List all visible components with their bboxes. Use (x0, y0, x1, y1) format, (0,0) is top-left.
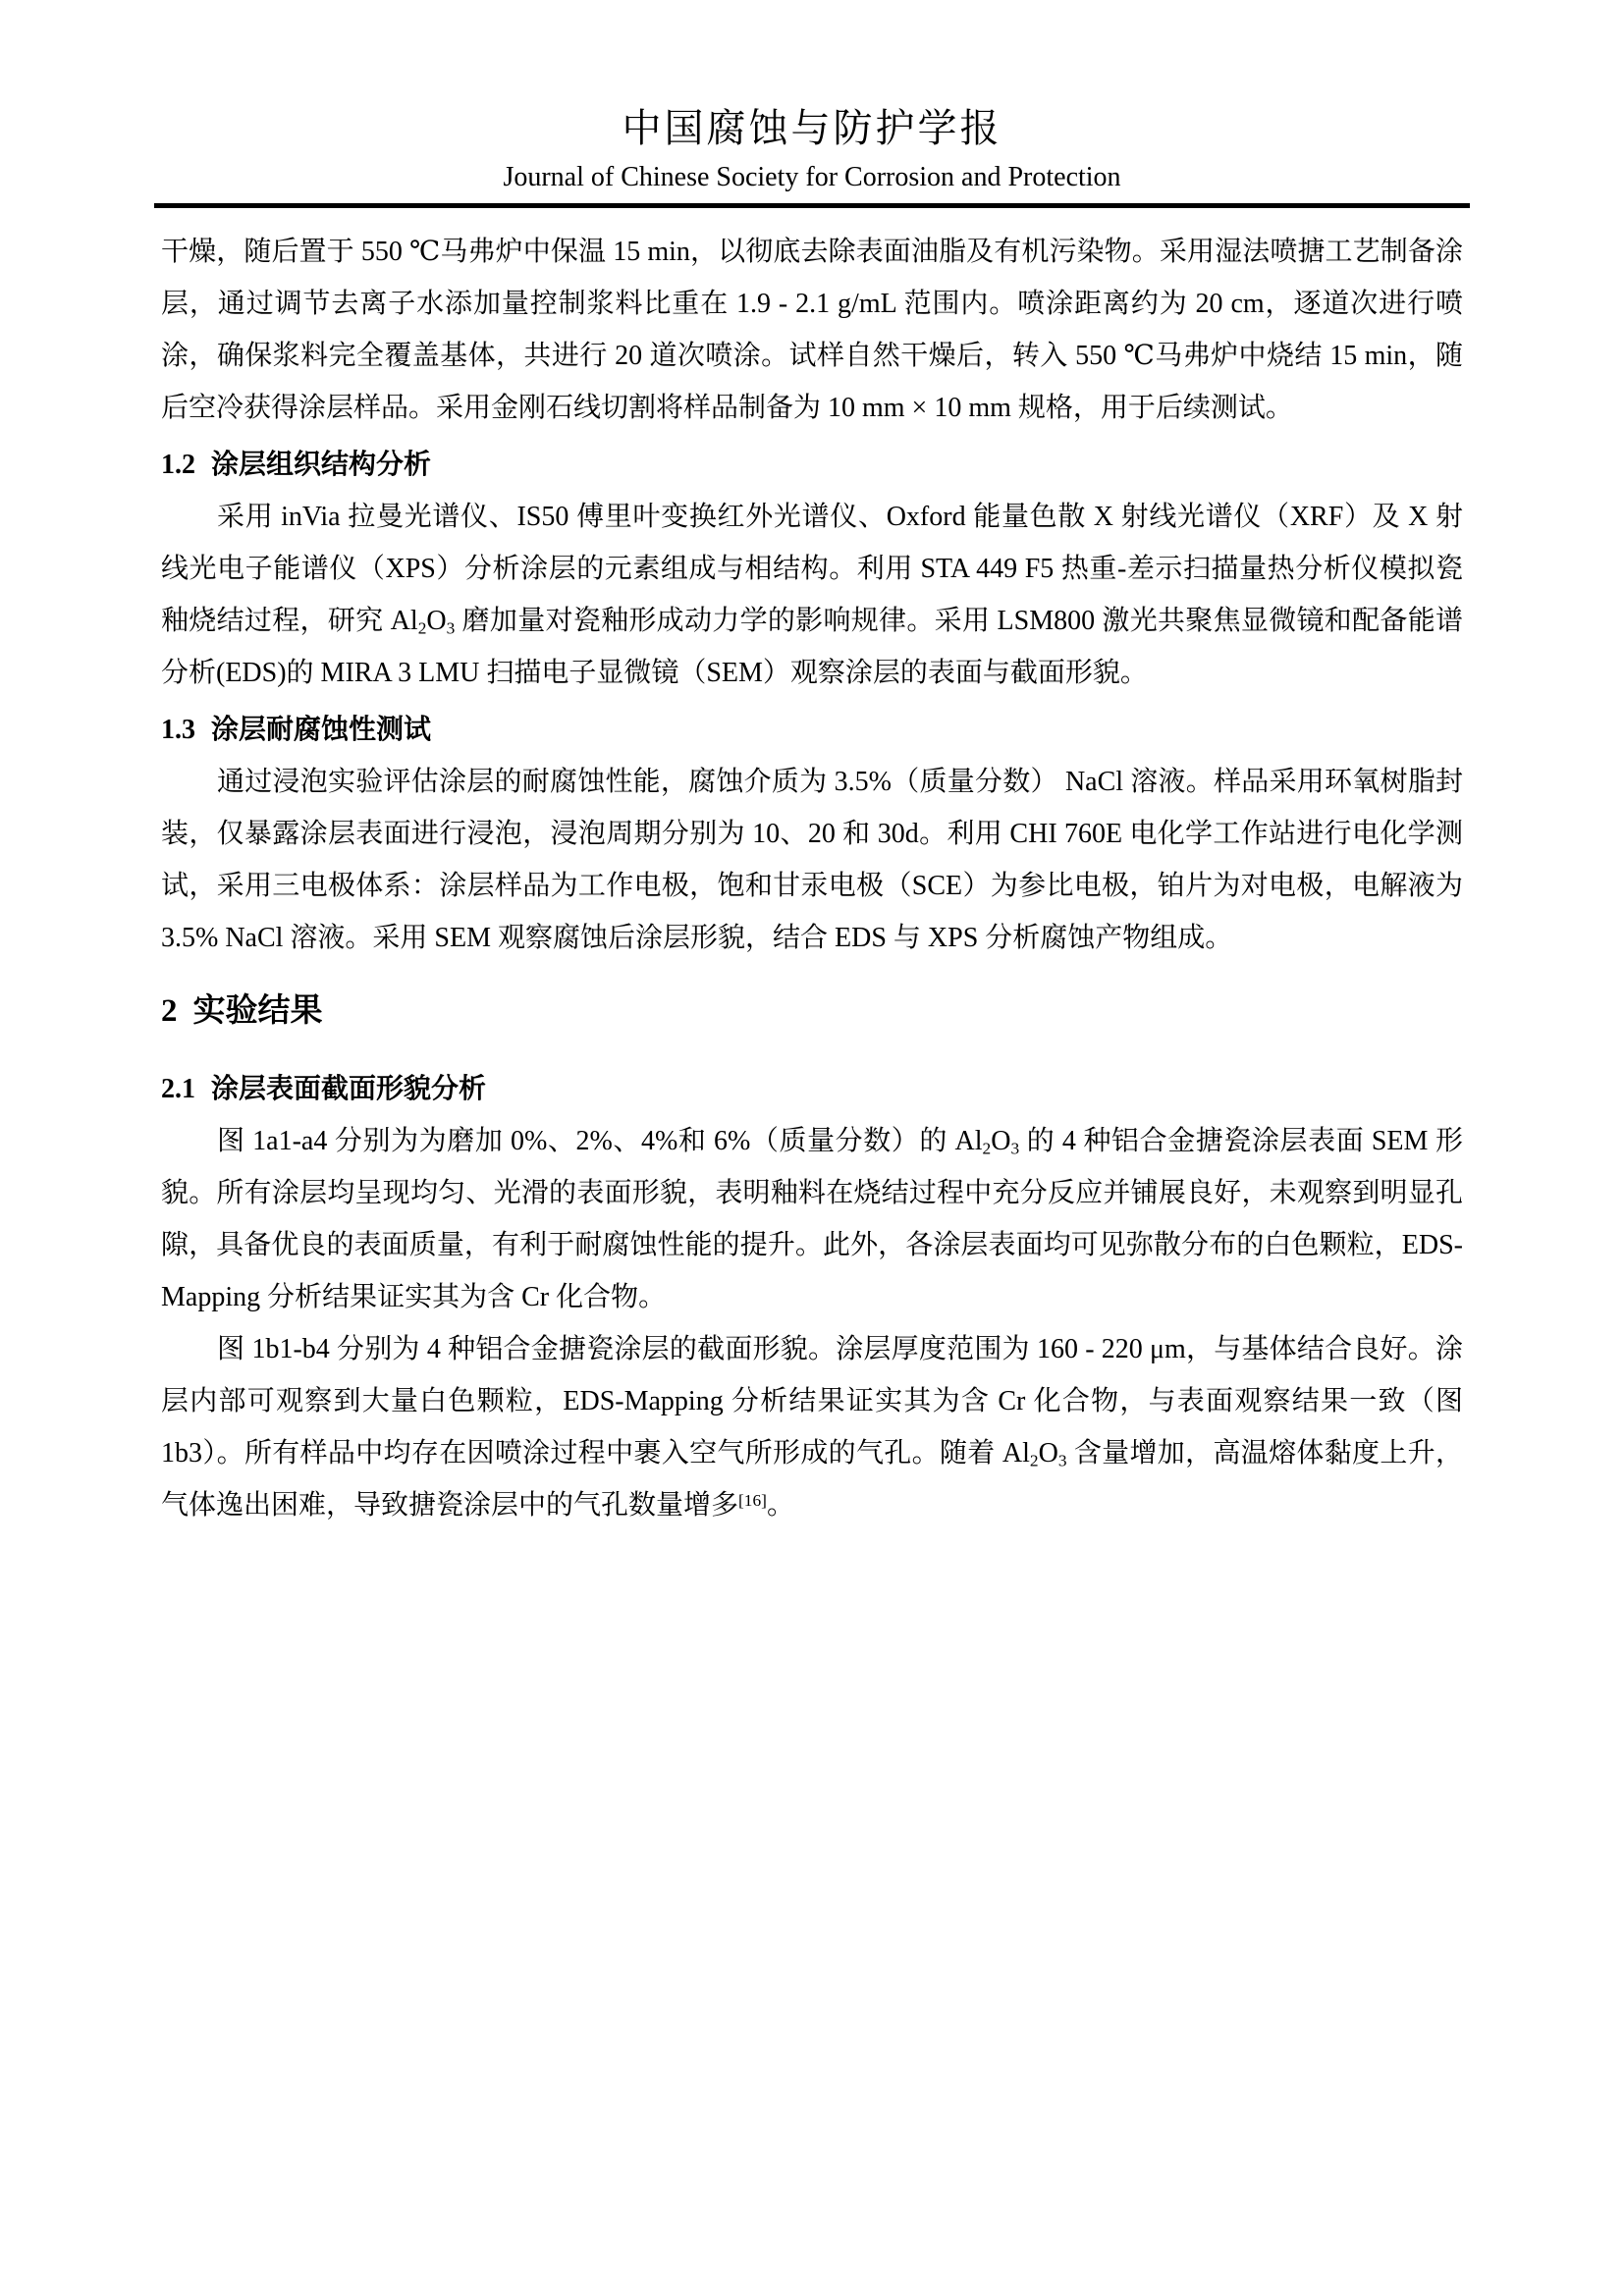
paragraph: 图 1a1-a4 分别为为磨加 0%、2%、4%和 6%（质量分数）的 Al2O… (161, 1115, 1463, 1323)
document-body: 干燥，随后置于 550 ℃马弗炉中保温 15 min，以彻底去除表面油脂及有机污… (161, 226, 1463, 1531)
paragraph: 采用 inVia 拉曼光谱仪、IS50 傅里叶变换红外光谱仪、Oxford 能量… (161, 491, 1463, 699)
heading-number: 1.3 (161, 715, 195, 745)
paragraph: 图 1b1-b4 分别为 4 种铝合金搪瓷涂层的截面形貌。涂层厚度范围为 160… (161, 1323, 1463, 1531)
section-heading: 2实验结果 (161, 986, 1463, 1038)
paragraph: 通过浸泡实验评估涂层的耐腐蚀性能，腐蚀介质为 3.5%（质量分数） NaCl 溶… (161, 756, 1463, 964)
section-heading: 1.2涂层组织结构分析 (161, 439, 1463, 491)
heading-text: 涂层组织结构分析 (211, 450, 431, 480)
journal-header: 中国腐蚀与防护学报 Journal of Chinese Society for… (0, 104, 1624, 208)
chemical-subscript: 3 (1010, 1139, 1019, 1157)
heading-number: 1.2 (161, 450, 195, 480)
heading-text: 实验结果 (193, 993, 323, 1029)
heading-number: 2 (161, 993, 178, 1029)
section-heading: 2.1涂层表面截面形貌分析 (161, 1063, 1463, 1115)
citation-superscript: [16] (738, 1491, 767, 1510)
chemical-subscript: 2 (983, 1139, 992, 1157)
text-run: 。 (767, 1490, 794, 1521)
heading-text: 涂层耐腐蚀性测试 (211, 715, 431, 745)
text-run: O (991, 1126, 1010, 1156)
chemical-subscript: 3 (447, 618, 456, 637)
text-run: O (426, 606, 446, 636)
document-page: 中国腐蚀与防护学报 Journal of Chinese Society for… (0, 0, 1624, 2296)
paragraph: 干燥，随后置于 550 ℃马弗炉中保温 15 min，以彻底去除表面油脂及有机污… (161, 226, 1463, 434)
text-run: 通过浸泡实验评估涂层的耐腐蚀性能，腐蚀介质为 3.5%（质量分数） NaCl 溶… (161, 767, 1463, 953)
text-run: 干燥，随后置于 550 ℃马弗炉中保温 15 min，以彻底去除表面油脂及有机污… (161, 237, 1463, 423)
heading-number: 2.1 (161, 1074, 195, 1104)
text-run: O (1039, 1438, 1058, 1468)
text-run: 图 1a1-a4 分别为为磨加 0%、2%、4%和 6%（质量分数）的 Al (217, 1126, 983, 1156)
journal-title-chinese: 中国腐蚀与防护学报 (0, 104, 1624, 153)
heading-text: 涂层表面截面形貌分析 (211, 1074, 486, 1104)
journal-title-english: Journal of Chinese Society for Corrosion… (0, 161, 1624, 194)
chemical-subscript: 2 (1030, 1451, 1039, 1469)
section-heading: 1.3涂层耐腐蚀性测试 (161, 704, 1463, 756)
chemical-subscript: 3 (1058, 1451, 1067, 1469)
header-rule-divider (154, 203, 1470, 208)
